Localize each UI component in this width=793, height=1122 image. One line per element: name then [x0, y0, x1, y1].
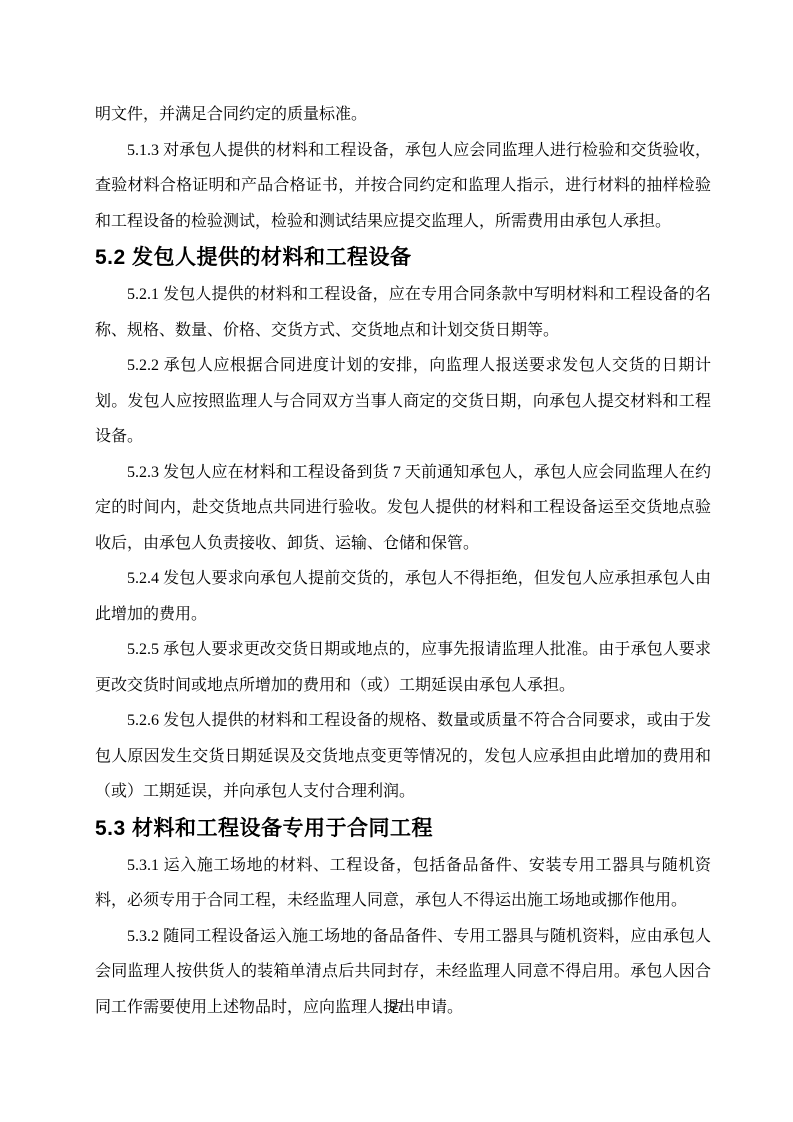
clause-5-2-4: 5.2.4 发包人要求向承包人提前交货的，承包人不得拒绝，但发包人应承担承包人由… [95, 561, 711, 632]
document-body: 明文件，并满足合同约定的质量标准。 5.1.3 对承包人提供的材料和工程设备，承… [95, 0, 711, 1025]
clause-5-2-2: 5.2.2 承包人应根据合同进度计划的安排，向监理人报送要求发包人交货的日期计划… [95, 348, 711, 455]
clause-5-2-1: 5.2.1 发包人提供的材料和工程设备，应在专用合同条款中写明材料和工程设备的名… [95, 277, 711, 348]
clause-5-1-3: 5.1.3 对承包人提供的材料和工程设备，承包人应会同监理人进行检验和交货验收，… [95, 133, 711, 240]
clause-5-2-6: 5.2.6 发包人提供的材料和工程设备的规格、数量或质量不符合合同要求，或由于发… [95, 703, 711, 810]
clause-5-2-3: 5.2.3 发包人应在材料和工程设备到货 7 天前通知承包人，承包人应会同监理人… [95, 455, 711, 562]
clause-5-2-5: 5.2.5 承包人要求更改交货日期或地点的，应事先报请监理人批准。由于承包人要求… [95, 632, 711, 703]
page-number: 97 [0, 998, 793, 1016]
section-heading-5-2: 5.2 发包人提供的材料和工程设备 [95, 239, 711, 277]
section-heading-5-3: 5.3 材料和工程设备专用于合同工程 [95, 810, 711, 848]
clause-5-3-1: 5.3.1 运入施工场地的材料、工程设备，包括备品备件、安装专用工器具与随机资料… [95, 848, 711, 919]
document-page: 明文件，并满足合同约定的质量标准。 5.1.3 对承包人提供的材料和工程设备，承… [0, 0, 793, 1122]
paragraph-continuation: 明文件，并满足合同约定的质量标准。 [95, 97, 711, 133]
